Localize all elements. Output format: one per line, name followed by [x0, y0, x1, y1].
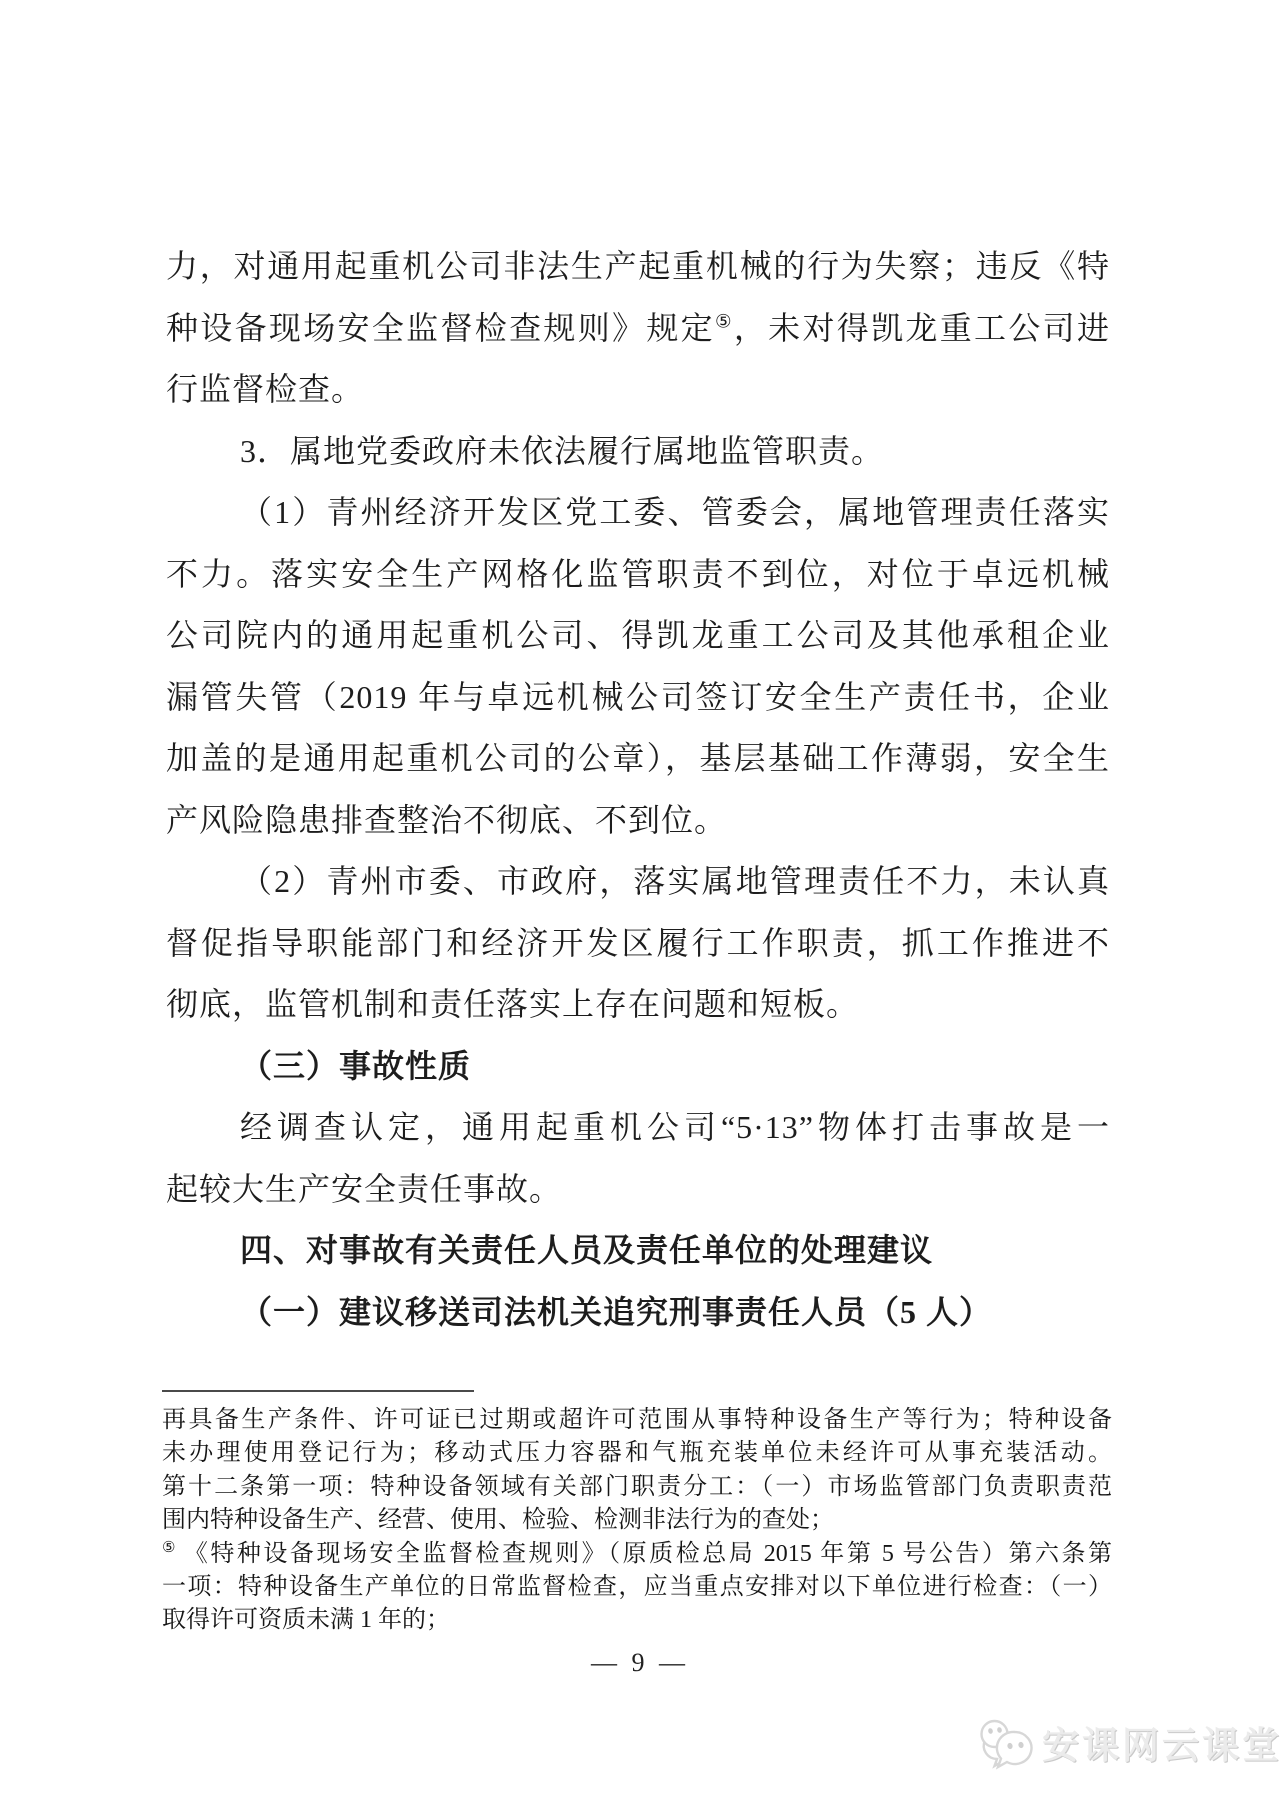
body-line: （2）青州市委、市政府，落实属地管理责任不力，未认真: [166, 851, 1110, 913]
body-line: 加盖的是通用起重机公司的公章），基层基础工作薄弱，安全生: [166, 728, 1110, 790]
body-line: （1）青州经济开发区党工委、管委会，属地管理责任落实: [166, 482, 1110, 544]
body-line: 起较大生产安全责任事故。: [166, 1159, 1110, 1221]
body-line: 彻底，监管机制和责任落实上存在问题和短板。: [166, 974, 1110, 1036]
body-line: 不力。落实安全生产网格化监管职责不到位，对位于卓远机械: [166, 544, 1110, 606]
section-heading: 四、对事故有关责任人员及责任单位的处理建议: [166, 1220, 1110, 1282]
footnote-line: 再具备生产条件、许可证已过期或超许可范围从事特种设备生产等行为；特种设备: [162, 1404, 1112, 1437]
body-line: 经调查认定，通用起重机公司“5·13”物体打击事故是一: [166, 1097, 1110, 1159]
footnote-ref-5: ⑤: [715, 311, 734, 332]
footnote-line: 围内特种设备生产、经营、使用、检验、检测非法行为的查处；: [162, 1504, 1112, 1537]
footnote-line: 第十二条第一项：特种设备领域有关部门职责分工：（一）市场监管部门负责职责范: [162, 1471, 1112, 1504]
body-text-block: 力，对通用起重机公司非法生产起重机械的行为失察；违反《特 种设备现场安全监督检查…: [166, 236, 1110, 1343]
section-heading: （三）事故性质: [166, 1036, 1110, 1098]
footnotes-block: 再具备生产条件、许可证已过期或超许可范围从事特种设备生产等行为；特种设备 未办理…: [162, 1404, 1112, 1638]
section-heading: （一）建议移送司法机关追究刑事责任人员（5 人）: [166, 1282, 1110, 1344]
body-line: 行监督检查。: [166, 359, 1110, 421]
document-page: 力，对通用起重机公司非法生产起重机械的行为失察；违反《特 种设备现场安全监督检查…: [0, 0, 1280, 1810]
watermark-brand-text: 安课网云课堂: [1042, 1715, 1280, 1769]
footnote-marker-5: ⑤: [162, 1540, 178, 1556]
footnote-line: 取得许可资质未满 1 年的；: [162, 1604, 1112, 1637]
page-number: — 9 —: [0, 1648, 1280, 1678]
footnote-line-text: 《特种设备现场安全监督检查规则》（原质检总局 2015 年第 5 号公告）第六条…: [184, 1541, 1112, 1567]
body-line: 督促指导职能部门和经济开发区履行工作职责，抓工作推进不: [166, 913, 1110, 975]
body-line: 漏管失管（2019 年与卓远机械公司签订安全生产责任书，企业: [166, 667, 1110, 729]
footnote-line: ⑤《特种设备现场安全监督检查规则》（原质检总局 2015 年第 5 号公告）第六…: [162, 1538, 1112, 1571]
body-line-pre: 种设备现场安全监督检查规则》规定: [166, 310, 715, 346]
footnote-separator: [162, 1390, 474, 1392]
body-line: 力，对通用起重机公司非法生产起重机械的行为失察；违反《特: [166, 236, 1110, 298]
body-line: 种设备现场安全监督检查规则》规定⑤，未对得凯龙重工公司进: [166, 298, 1110, 360]
footnote-line: 一项：特种设备生产单位的日常监督检查，应当重点安排对以下单位进行检查：（一）: [162, 1571, 1112, 1604]
chat-bubbles-icon: [980, 1706, 1042, 1778]
body-line: 产风险隐患排查整治不彻底、不到位。: [166, 790, 1110, 852]
body-line-post: ，未对得凯龙重工公司进: [734, 310, 1110, 346]
body-line: 3．属地党委政府未依法履行属地监管职责。: [166, 421, 1110, 483]
watermark: 安课网云课堂: [980, 1706, 1280, 1778]
footnote-line: 未办理使用登记行为；移动式压力容器和气瓶充装单位未经许可从事充装活动。: [162, 1437, 1112, 1470]
body-line: 公司院内的通用起重机公司、得凯龙重工公司及其他承租企业: [166, 605, 1110, 667]
